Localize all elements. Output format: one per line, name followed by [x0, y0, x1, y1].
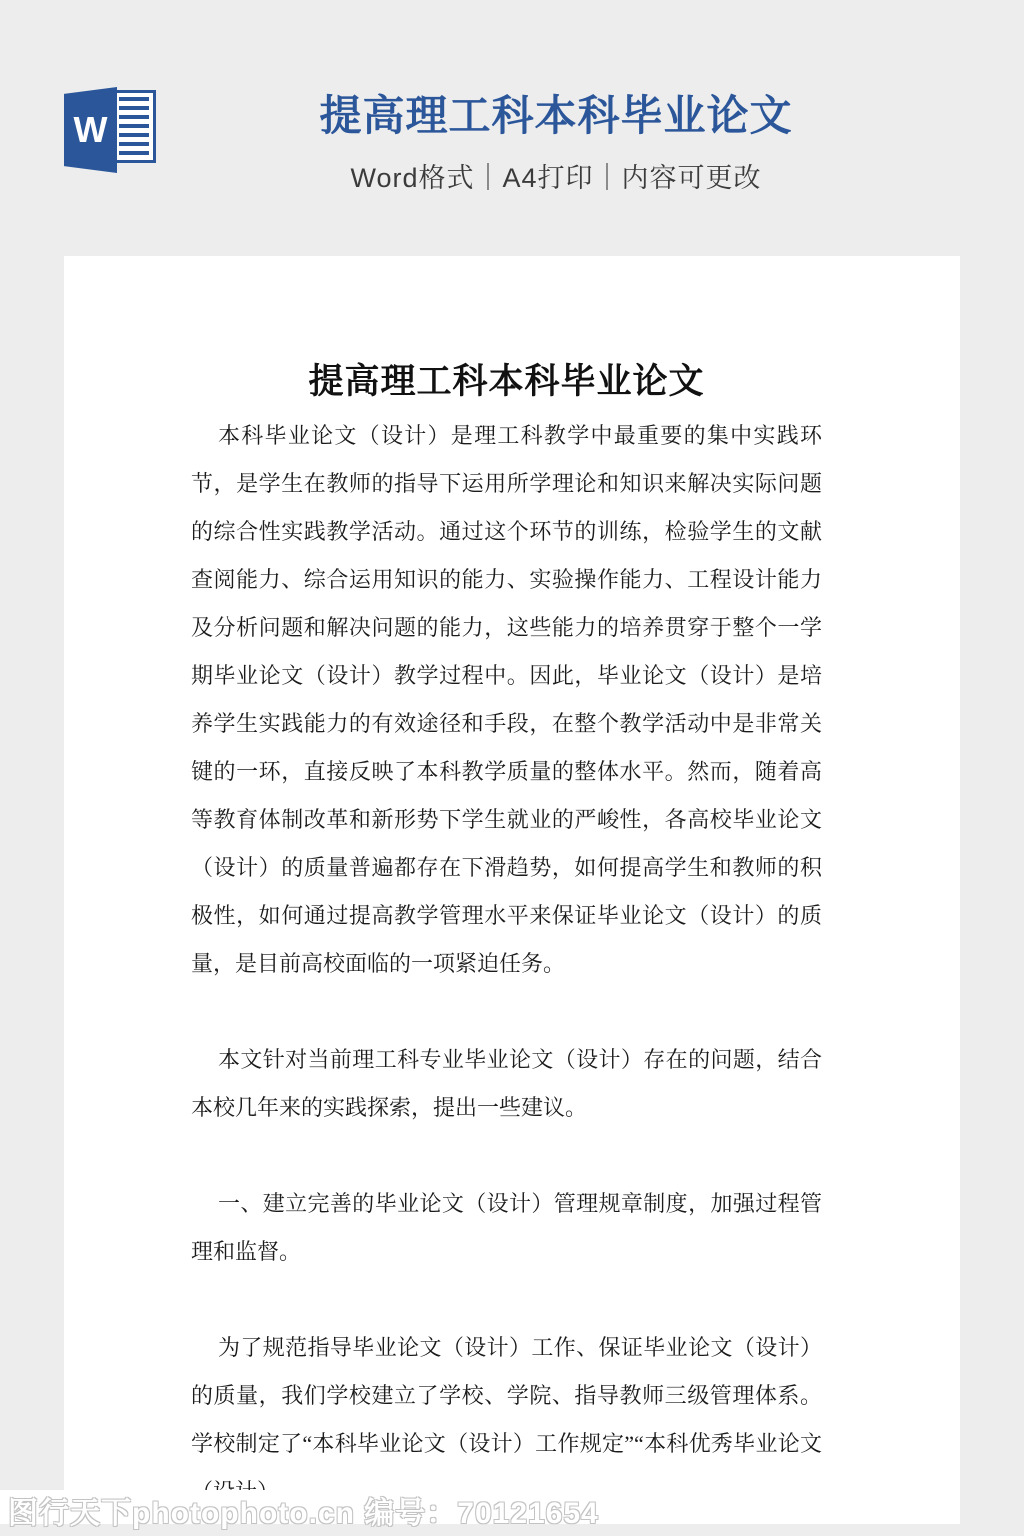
- template-subtitle: Word格式｜A4打印｜内容可更改: [160, 156, 952, 195]
- word-logo-icon: W: [64, 87, 156, 173]
- word-document-sheet-icon: [112, 90, 156, 163]
- template-title: 提高理工科本科毕业论文: [160, 92, 952, 140]
- header-text-block: 提高理工科本科毕业论文 Word格式｜A4打印｜内容可更改: [160, 92, 952, 195]
- word-letter: W: [74, 109, 108, 151]
- document-page: 提高理工科本科毕业论文 本科毕业论文（设计）是理工科教学中最重要的集中实践环节，…: [64, 256, 960, 1524]
- document-body: 本科毕业论文（设计）是理工科教学中最重要的集中实践环节，是学生在教师的指导下运用…: [191, 412, 822, 1516]
- template-header: W 提高理工科本科毕业论文 Word格式｜A4打印｜内容可更改: [0, 0, 1024, 256]
- document-paragraph-1: 本科毕业论文（设计）是理工科教学中最重要的集中实践环节，是学生在教师的指导下运用…: [191, 412, 822, 988]
- word-cover-icon: W: [64, 87, 117, 173]
- document-title: 提高理工科本科毕业论文: [191, 356, 822, 408]
- watermark-text: 图行天下photophoto.cn 编号：70121654: [8, 1488, 599, 1532]
- document-paragraph-3: 一、建立完善的毕业论文（设计）管理规章制度，加强过程管理和监督。: [191, 1180, 822, 1276]
- document-paragraph-2: 本文针对当前理工科专业毕业论文（设计）存在的问题，结合本校几年来的实践探索，提出…: [191, 1036, 822, 1132]
